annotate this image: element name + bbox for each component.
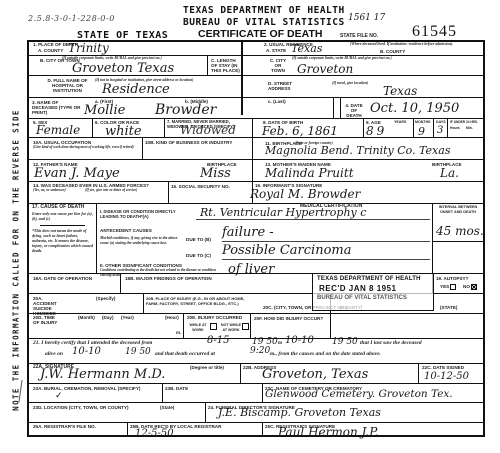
age-years-value: 89 (366, 124, 387, 138)
birthplace-value: Magnolia Bend. Trinity Co. Texas (265, 144, 450, 157)
injury-occurred-label: 20e. INJURY OCCURRED (187, 315, 242, 320)
injury-month-label: (Month) (78, 315, 95, 320)
divider (432, 241, 485, 242)
age-years-label: YEARS (394, 120, 406, 125)
divider (142, 137, 143, 159)
injury-place-label: 20b. PLACE OF INJURY (e.g., in or about … (146, 296, 246, 306)
antecedent-note: Morbid conditions, if any, giving rise t… (100, 236, 185, 246)
father-birthplace-value: Miss (200, 166, 231, 181)
certify-time: 9:20 (250, 346, 270, 356)
operation-date-label: 18a. DATE OF OPERATION (33, 276, 92, 281)
divider (207, 55, 208, 75)
name-label: 3. NAME OF DECEASED (Type or Print) (32, 100, 82, 115)
divider (168, 181, 169, 203)
age-days-value: 3 (437, 125, 443, 136)
usual-residence-note: (Where deceased lived. If institution: r… (350, 42, 480, 47)
last-name-label: c. (Last) (268, 99, 286, 104)
not-while-at-work-checkbox[interactable] (242, 323, 249, 330)
dept-line-2: BUREAU OF VITAL STATISTICS (183, 17, 345, 28)
cause-instruction: Enter only one cause per line for (a), (… (32, 211, 94, 221)
certify-alive-on: 10-10 (72, 346, 101, 357)
autopsy-no-checkbox[interactable] (471, 284, 477, 290)
date-signed-value: 10-12-50 (424, 371, 469, 382)
hospital-value: Residence (102, 82, 170, 97)
ssn-label: 15. SOCIAL SECURITY NO. (171, 184, 230, 189)
armed-forces-note-1: (Yes, no, or unknown) (33, 188, 66, 193)
certify-text-2: that I last saw the deceased (360, 341, 422, 346)
race-value: white (105, 124, 142, 139)
cause-a-value: Rt. Ventricular Hypertrophy c (200, 206, 366, 219)
divider (27, 422, 485, 423)
divider (162, 383, 163, 402)
date-of-death-label: 4. DATE OF DEATH (343, 103, 365, 118)
cause-part1-label: I. DISEASE OR CONDITION DIRECTLY LEADING… (100, 209, 195, 219)
injury-time-label: 20d. TIME OF INJURY (33, 315, 61, 325)
divider (27, 159, 485, 160)
hospital-label: d. FULL NAME OF HOSPITAL OR INSTITUTION (40, 78, 95, 93)
due-to-b-label: DUE TO (b) (186, 237, 211, 242)
underline (222, 259, 430, 260)
injury-how-label: 20f. HOW DID INJURY OCCUR? (254, 316, 323, 321)
state-file-label: STATE FILE NO. (340, 34, 378, 39)
divider (27, 118, 485, 119)
first-name-value: Mollie (84, 103, 125, 118)
divider (205, 402, 206, 422)
divider (340, 97, 341, 118)
city-value: Groveton Texas (72, 61, 174, 76)
injury-year-label: (Year) (121, 315, 134, 320)
dept-line-1: TEXAS DEPARTMENT OF HEALTH (183, 5, 345, 16)
antecedent-label: ANTECEDENT CAUSES (100, 228, 152, 233)
mother-birthplace-value: La. (440, 166, 459, 180)
date-recd-value: 12-5-50 (135, 428, 174, 439)
cause-b-value: failure - (222, 225, 274, 240)
divider (27, 137, 485, 138)
autopsy-yes[interactable]: YES (440, 284, 456, 290)
autopsy-yes-checkbox[interactable] (450, 284, 456, 290)
injury-state-label: (STATE) (440, 305, 457, 310)
certify-to-label: to (278, 341, 282, 346)
injury-day-label: (Day) (102, 315, 114, 320)
certify-text-3: and that death occurred at (155, 352, 215, 357)
county-label: a. COUNTY (38, 48, 63, 53)
residence-state-value: Texas (291, 42, 322, 55)
certify-year-2: 19 50 (332, 337, 358, 347)
business-label: 10b. KIND OF BUSINESS OR INDUSTRY (145, 140, 232, 145)
burial-check: ✓ (55, 390, 63, 401)
injury-hour-label: (Hour) (165, 315, 179, 320)
divider (363, 118, 364, 137)
county-value: Trinity (68, 41, 109, 55)
age-hours-label: Hours (450, 126, 460, 131)
cause-part2-value: of liver (228, 262, 274, 277)
date-of-death-value: Oct. 10, 1950 (370, 101, 459, 116)
divider (240, 363, 241, 383)
divider (413, 118, 414, 137)
physician-signature: J.W. Hermann M.D. (40, 367, 165, 382)
divider (143, 293, 144, 313)
divider (27, 313, 485, 314)
side-note: NOTE THE INFORMATION CALLED FOR ON THE R… (10, 95, 22, 425)
street-address-label: d. STREET ADDRESS (268, 81, 298, 91)
informant-value: Royal M. Browder (250, 187, 360, 201)
divider (433, 118, 434, 137)
injury-m-label: m. (176, 330, 181, 335)
street-value: Texas (383, 84, 417, 98)
autopsy-label: 19. AUTOPSY? (436, 276, 468, 281)
residence-city-note: (If outside corporate limits, write RURA… (292, 56, 477, 61)
while-at-work-label: WHILE AT WORK (187, 323, 209, 333)
age-min-label: Min. (466, 126, 473, 131)
burial-date-label: 23b. DATE (165, 386, 188, 391)
residence-city-value: Groveton (297, 62, 353, 76)
divider (27, 363, 485, 364)
divider (27, 402, 485, 403)
cause-c-value: Possible Carcinoma (222, 243, 351, 258)
due-to-c-label: DUE TO (c) (186, 253, 211, 258)
operation-findings-label: 18b. MAJOR FINDINGS OF OPERATION (125, 276, 212, 281)
sex-value: Female (36, 123, 80, 137)
divider (252, 118, 253, 181)
certify-to: 10-10 (285, 335, 314, 346)
top-left-code: 2.5.8-3-0-1-228-0-0 (28, 14, 115, 23)
burial-label: 23a. BURIAL, CREMATION, REMOVAL (Specify… (33, 386, 140, 391)
underline (196, 219, 430, 220)
age-months-value: 9 (418, 125, 425, 138)
divider (27, 181, 485, 182)
armed-forces-note-2: (If yes, give war or dates of service) (85, 188, 137, 193)
stamp-line-2: REC'D JAN 8 1951 (319, 284, 433, 293)
divider (40, 225, 85, 226)
interval-label: INTERVAL BETWEEN ONSET AND DEATH (436, 205, 480, 215)
while-at-work-checkbox[interactable] (210, 323, 217, 330)
interval-value: 45 mos. (436, 224, 484, 238)
residence-county-label: b. COUNTY (380, 49, 405, 54)
divider (241, 40, 243, 115)
location-label: 23d. LOCATION (City, town, or county) (33, 405, 129, 410)
divider (27, 383, 485, 384)
location-state-label: (State) (160, 405, 174, 410)
divider (262, 383, 263, 402)
address-value: Groveton, Texas (262, 367, 368, 382)
divider (120, 273, 121, 293)
funeral-director-value: J.E. Biscamp. Groveton Texas (218, 406, 381, 419)
length-of-stay-label: c. LENGTH OF STAY (in this place) (211, 58, 241, 73)
not-while-at-work-label: NOT WHILE AT WORK (220, 323, 242, 333)
residence-city-label: c. CITY OR TOWN (268, 58, 288, 73)
underline (222, 241, 430, 242)
state-file-number: 61545 (412, 23, 457, 41)
certificate-title: CERTIFICATE OF DEATH (198, 28, 322, 40)
certify-from: 8-15 (207, 335, 229, 346)
date-signed-label: 22c. DATE SIGNED (422, 365, 464, 370)
autopsy-no[interactable]: NO (463, 284, 477, 290)
divider (333, 97, 334, 118)
marital-value: Widowed (180, 123, 236, 137)
age-under-label: IF UNDER 24 HRS. (450, 120, 478, 125)
registrar-file-label: 25a. REGISTRAR'S FILE NO. (33, 424, 96, 429)
mother-name-value: Malinda Pruitt (265, 166, 354, 180)
divider (96, 203, 97, 273)
handwritten-reference: 1561 17 (348, 13, 385, 23)
divider (183, 313, 184, 338)
stamp-line-3: BUREAU OF VITAL STATISTICS (317, 295, 433, 301)
residence-state-label: a. STATE (266, 48, 286, 53)
stamp-line-1: TEXAS DEPARTMENT OF HEALTH (317, 276, 433, 282)
divider (164, 118, 165, 137)
divider (92, 118, 93, 137)
registrar-signature: Paul Hermon J.P. (278, 425, 379, 439)
dob-value: Feb. 6, 1861 (262, 124, 338, 138)
injury-type-label: 20a. ACCIDENT SUICIDE HOMICIDE (33, 296, 58, 316)
certify-alive-label: alive on (45, 352, 63, 357)
cemetery-value: Glenwood Cemetery. Groveton Tex. (265, 388, 453, 400)
middle-name-value: Browder (155, 102, 216, 118)
certify-text-4: m., from the causes and on the date stat… (270, 352, 381, 357)
signature-degree-label: (Degree or title) (190, 365, 224, 370)
divider (447, 118, 448, 137)
divider (262, 422, 263, 437)
certify-year-3: 19 50 (125, 347, 151, 357)
cause-label: 17. CAUSE OF DEATH (32, 205, 84, 210)
street-note: (If rural, give location) (332, 81, 368, 86)
injury-specify-label: (Specify) (96, 296, 115, 301)
received-stamp: TEXAS DEPARTMENT OF HEALTH REC'D JAN 8 1… (312, 273, 434, 311)
occupation-note: (Give kind of work done during most of w… (33, 145, 141, 150)
father-name-value: Evan J. Maye (34, 166, 120, 181)
divider (250, 313, 251, 338)
cause-footnote: *This does not mean the mode of dying, s… (32, 228, 94, 253)
divider (127, 422, 128, 437)
divider (418, 363, 419, 383)
